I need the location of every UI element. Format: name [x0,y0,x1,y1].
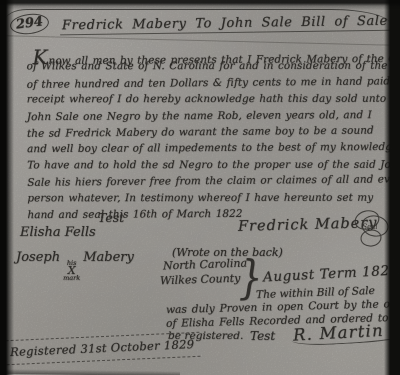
body-line: Sale his hiers forever free from the cla… [27,173,400,193]
deed-body: Know all men by these presents that I Fr… [26,43,400,226]
bottom-scan-edge [0,369,180,375]
body-line: of Wilkes and State of N. Carolina for a… [27,60,400,77]
witness2-first-name: Joseph [16,250,60,265]
his-mark-stack: hisXmark [63,260,80,281]
body-line: Know all men by these presents that I Fr… [26,43,400,62]
witness-signature-joseph-mabery: JosephhisXmarkMabery [16,250,134,281]
mark-label: mark [63,275,80,282]
court-state: North Carolina [163,257,247,273]
body-line: receipt whereof I do hereby acknowledge … [27,93,400,110]
top-scan-edge [0,0,400,10]
witness-signature-elisha-fells: Elisha Fells [20,225,96,240]
court-term: August Term 1829 [263,262,400,285]
document-title: Fredrick Mabery To John Sale Bill of Sal… [60,14,394,36]
page-header: 294 Fredrick Mabery To John Sale Bill of… [10,12,394,34]
court-county: Wilkes County [160,272,241,288]
court-test-label: Test [250,329,275,343]
right-binding-edge [384,0,400,375]
document-page: 294 Fredrick Mabery To John Sale Bill of… [0,0,400,375]
left-binding-edge [0,0,14,375]
registration-stamp: Registered 31st October 1829 [6,332,201,365]
body-line: and well boy clear of all impedements to… [27,141,400,160]
page-number-badge: 294 [9,12,50,37]
witness2-last-name: Mabery [83,250,134,265]
attest-label: Test [98,210,124,225]
body-line: the sd Fredrick Mabery do warant the sam… [27,124,400,144]
seal-label: Seal [362,223,377,231]
body-line: person whatever, In testimony whereof I … [27,191,400,208]
